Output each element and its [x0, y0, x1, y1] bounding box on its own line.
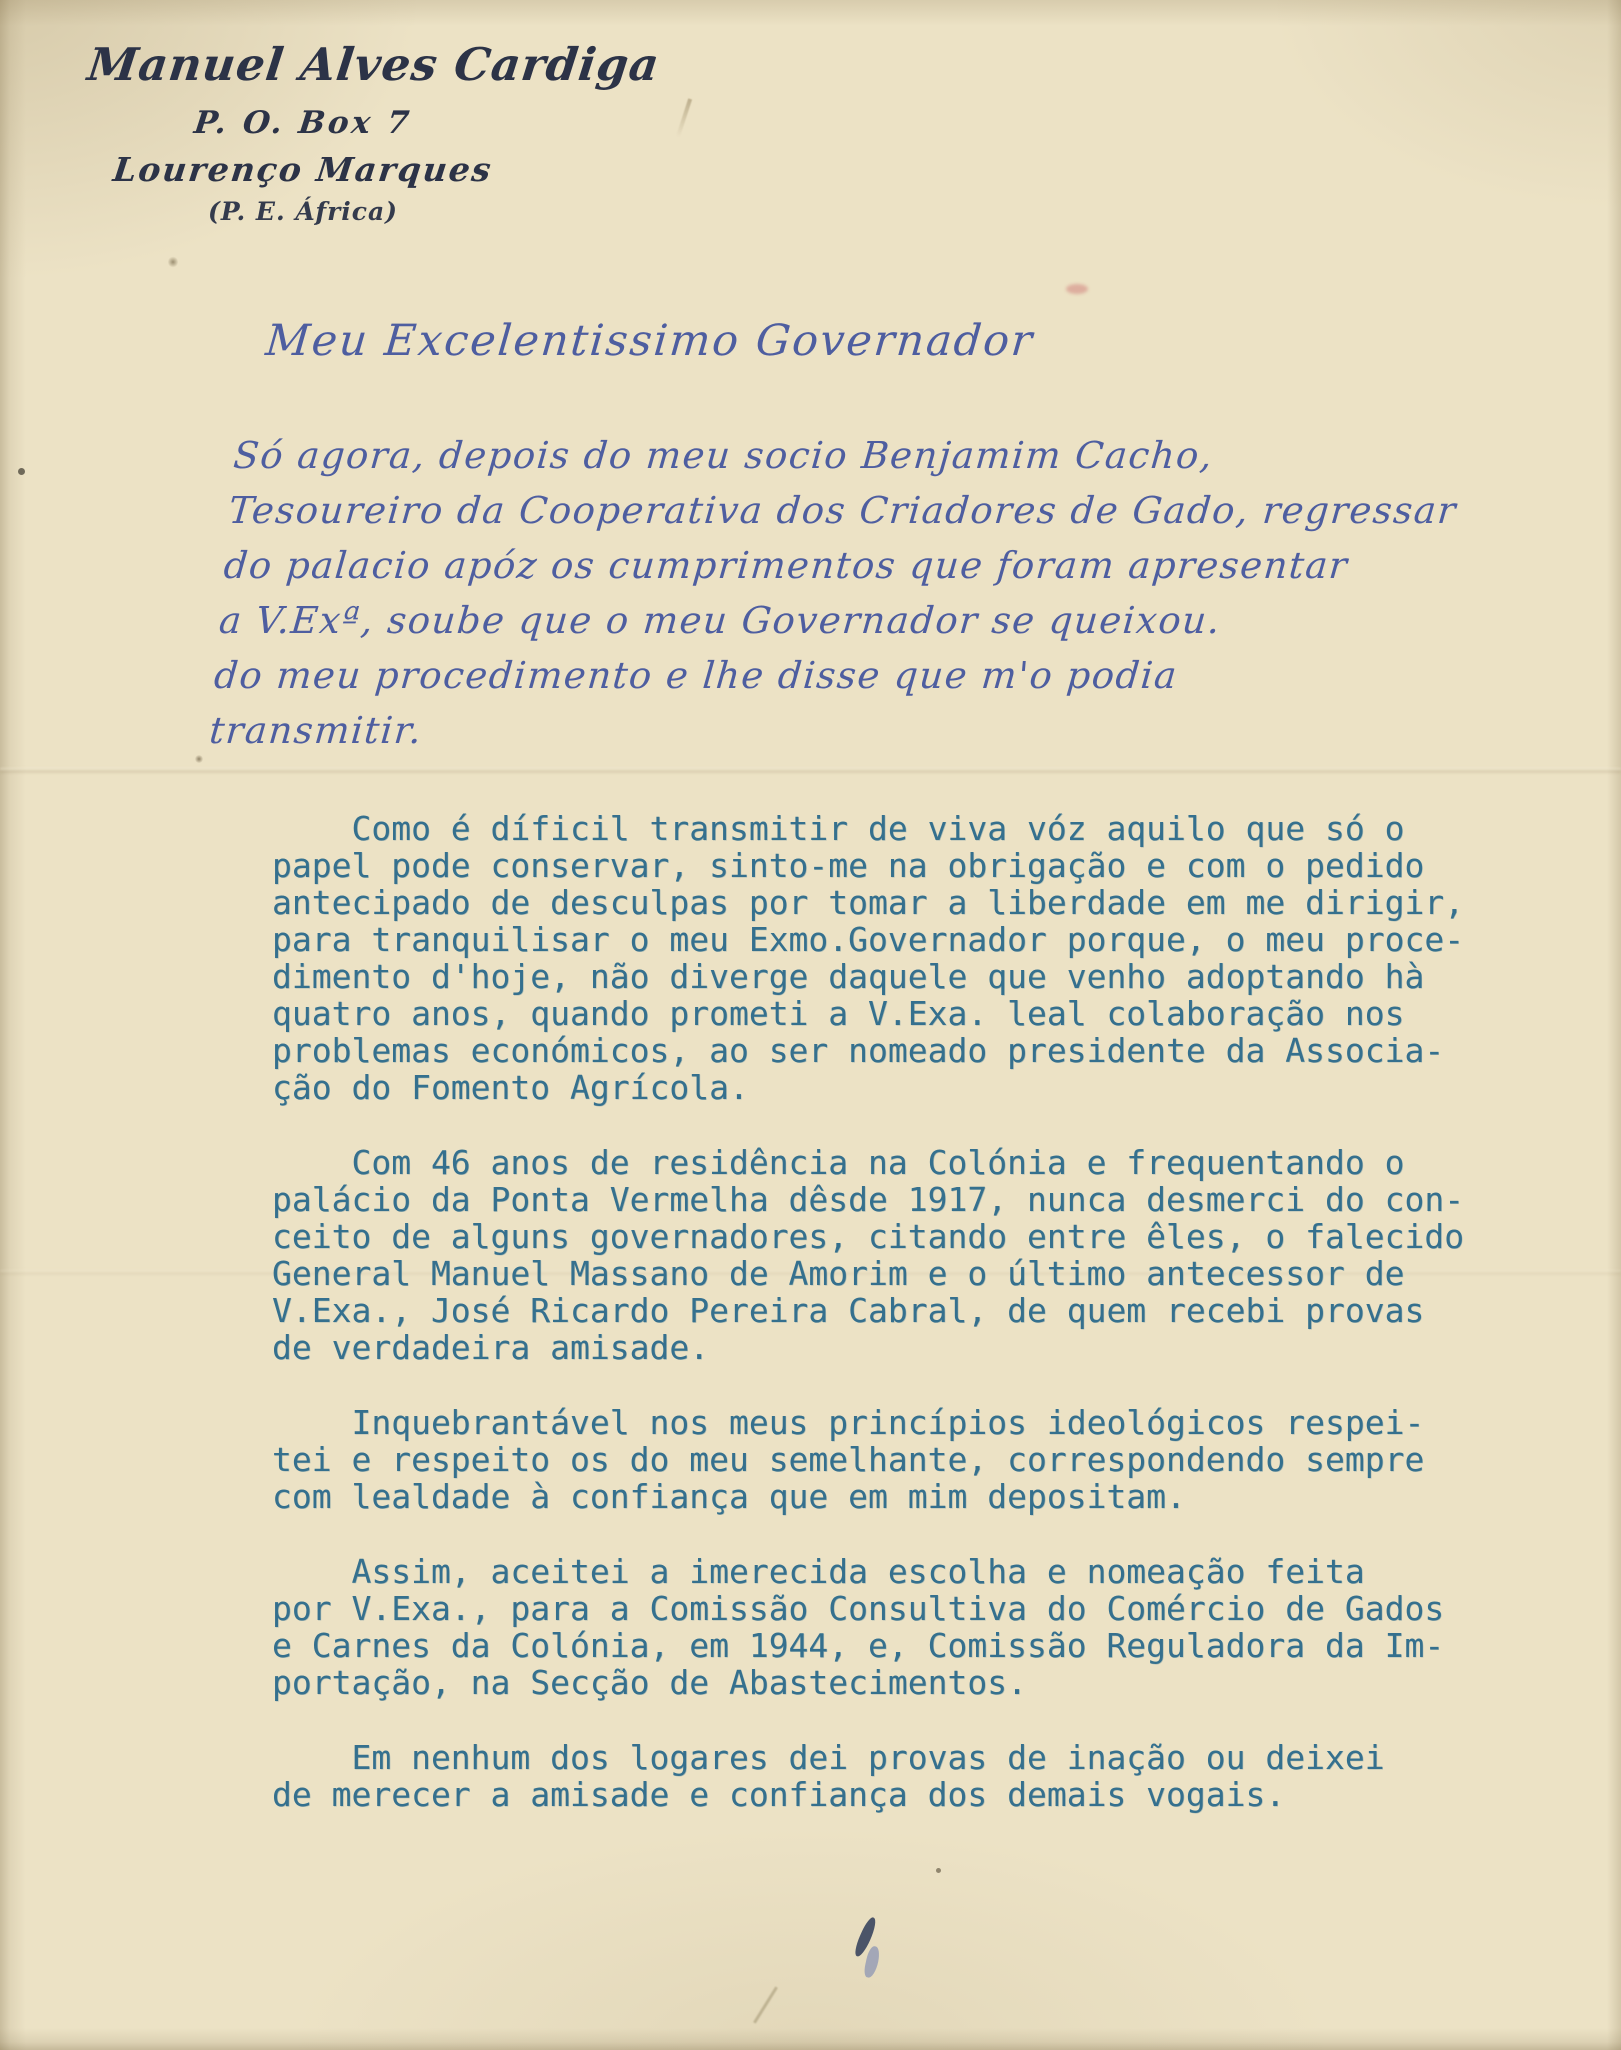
paper-fold-mark	[676, 98, 692, 137]
paper-fold-crease	[0, 768, 1621, 774]
ink-blot	[852, 1916, 882, 1986]
typed-paragraph-5: Em nenhum dos logares dei provas de inaç…	[272, 1739, 1552, 1813]
letterhead: Manuel Alves Cardiga P. O. Box 7 Lourenç…	[88, 38, 518, 226]
paper-speck	[168, 256, 178, 268]
typed-paragraph-1: Como é díficil transmitir de viva vóz aq…	[272, 810, 1552, 1106]
letterhead-region: (P. E. África)	[88, 197, 518, 226]
typed-paragraph-2: Com 46 anos de residência na Colónia e f…	[272, 1144, 1552, 1366]
letterhead-city: Lourenço Marques	[86, 150, 521, 189]
handwritten-salutation: Meu Excelentissimo Governador	[264, 316, 1036, 366]
red-ink-smudge	[1066, 284, 1088, 294]
paper-speck	[195, 755, 203, 763]
typed-letter-body: Como é díficil transmitir de viva vóz aq…	[272, 810, 1552, 1851]
letterhead-po-box: P. O. Box 7	[86, 105, 520, 141]
letter-scan-page: Manuel Alves Cardiga P. O. Box 7 Lourenç…	[0, 0, 1621, 2050]
paper-speck	[18, 468, 25, 475]
typed-paragraph-3: Inquebrantável nos meus princípios ideol…	[272, 1404, 1552, 1515]
paper-scratch	[753, 1986, 778, 2023]
typed-paragraph-4: Assim, aceitei a imerecida escolha e nom…	[272, 1553, 1552, 1701]
ink-blot-light-part	[863, 1945, 881, 1979]
letterhead-name: Manuel Alves Cardiga	[85, 38, 522, 91]
paper-speck	[936, 1868, 941, 1873]
handwritten-paragraph: Só agora, depois do meu socio Benjamim C…	[207, 428, 1464, 758]
